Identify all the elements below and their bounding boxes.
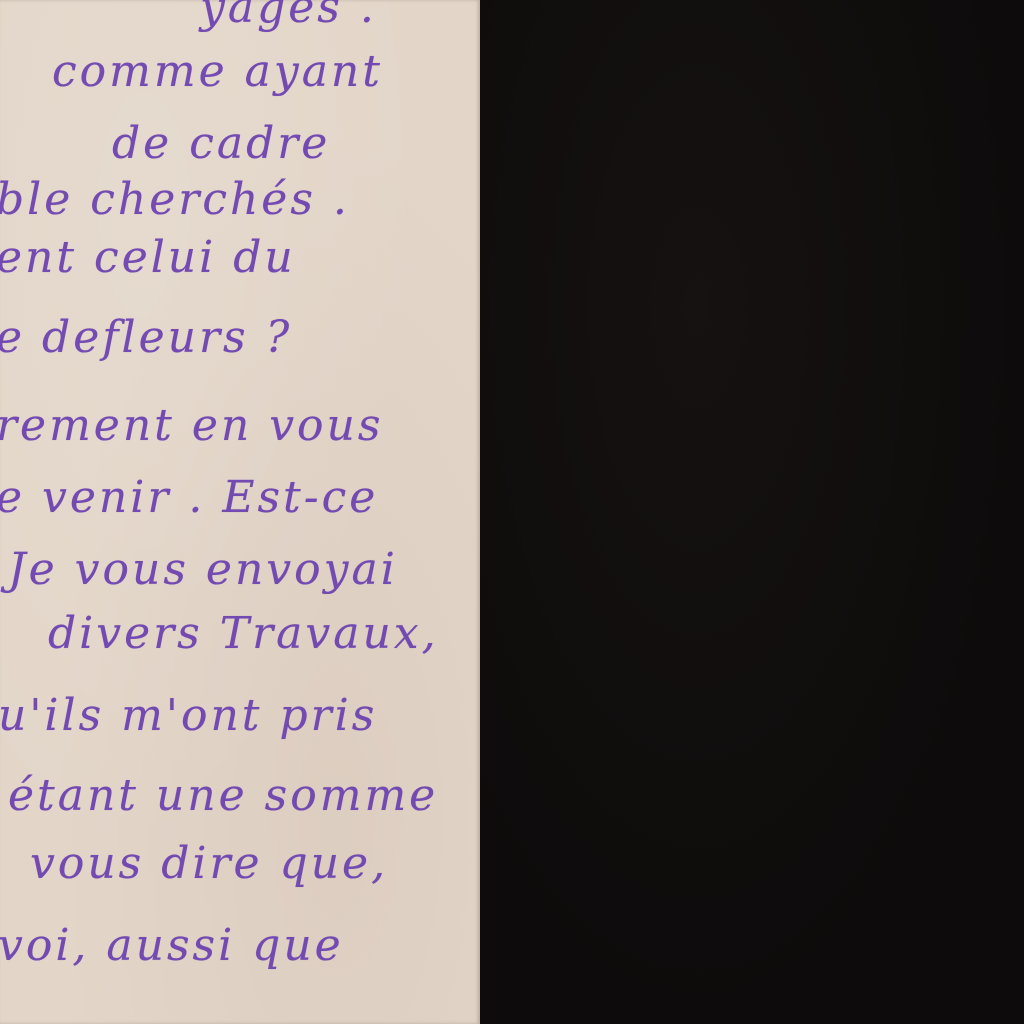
handwritten-line: étant une somme: [8, 774, 438, 818]
handwritten-line: e venir . Est-ce: [0, 476, 378, 520]
scan-background: [480, 0, 1024, 1024]
handwritten-line: divers Travaux,: [48, 612, 439, 656]
document-scan: yagés . comme ayant de cadre ble cherché…: [0, 0, 1024, 1024]
handwritten-line: Je vous envoyai: [8, 548, 398, 592]
handwritten-line: vous dire que,: [30, 842, 388, 886]
handwritten-line: u'ils m'ont pris: [0, 694, 377, 738]
handwritten-line: e defleurs ?: [0, 316, 292, 360]
handwritten-line: rement en vous: [0, 404, 383, 448]
handwritten-line: voi, aussi que: [0, 924, 344, 968]
handwritten-line: ble cherchés .: [0, 178, 350, 222]
handwritten-line: yagés .: [200, 0, 377, 30]
letter-page: yagés . comme ayant de cadre ble cherché…: [0, 0, 480, 1024]
handwritten-line: ent celui du: [0, 236, 296, 280]
handwritten-line: comme ayant: [52, 50, 383, 94]
handwritten-line: de cadre: [112, 122, 330, 166]
